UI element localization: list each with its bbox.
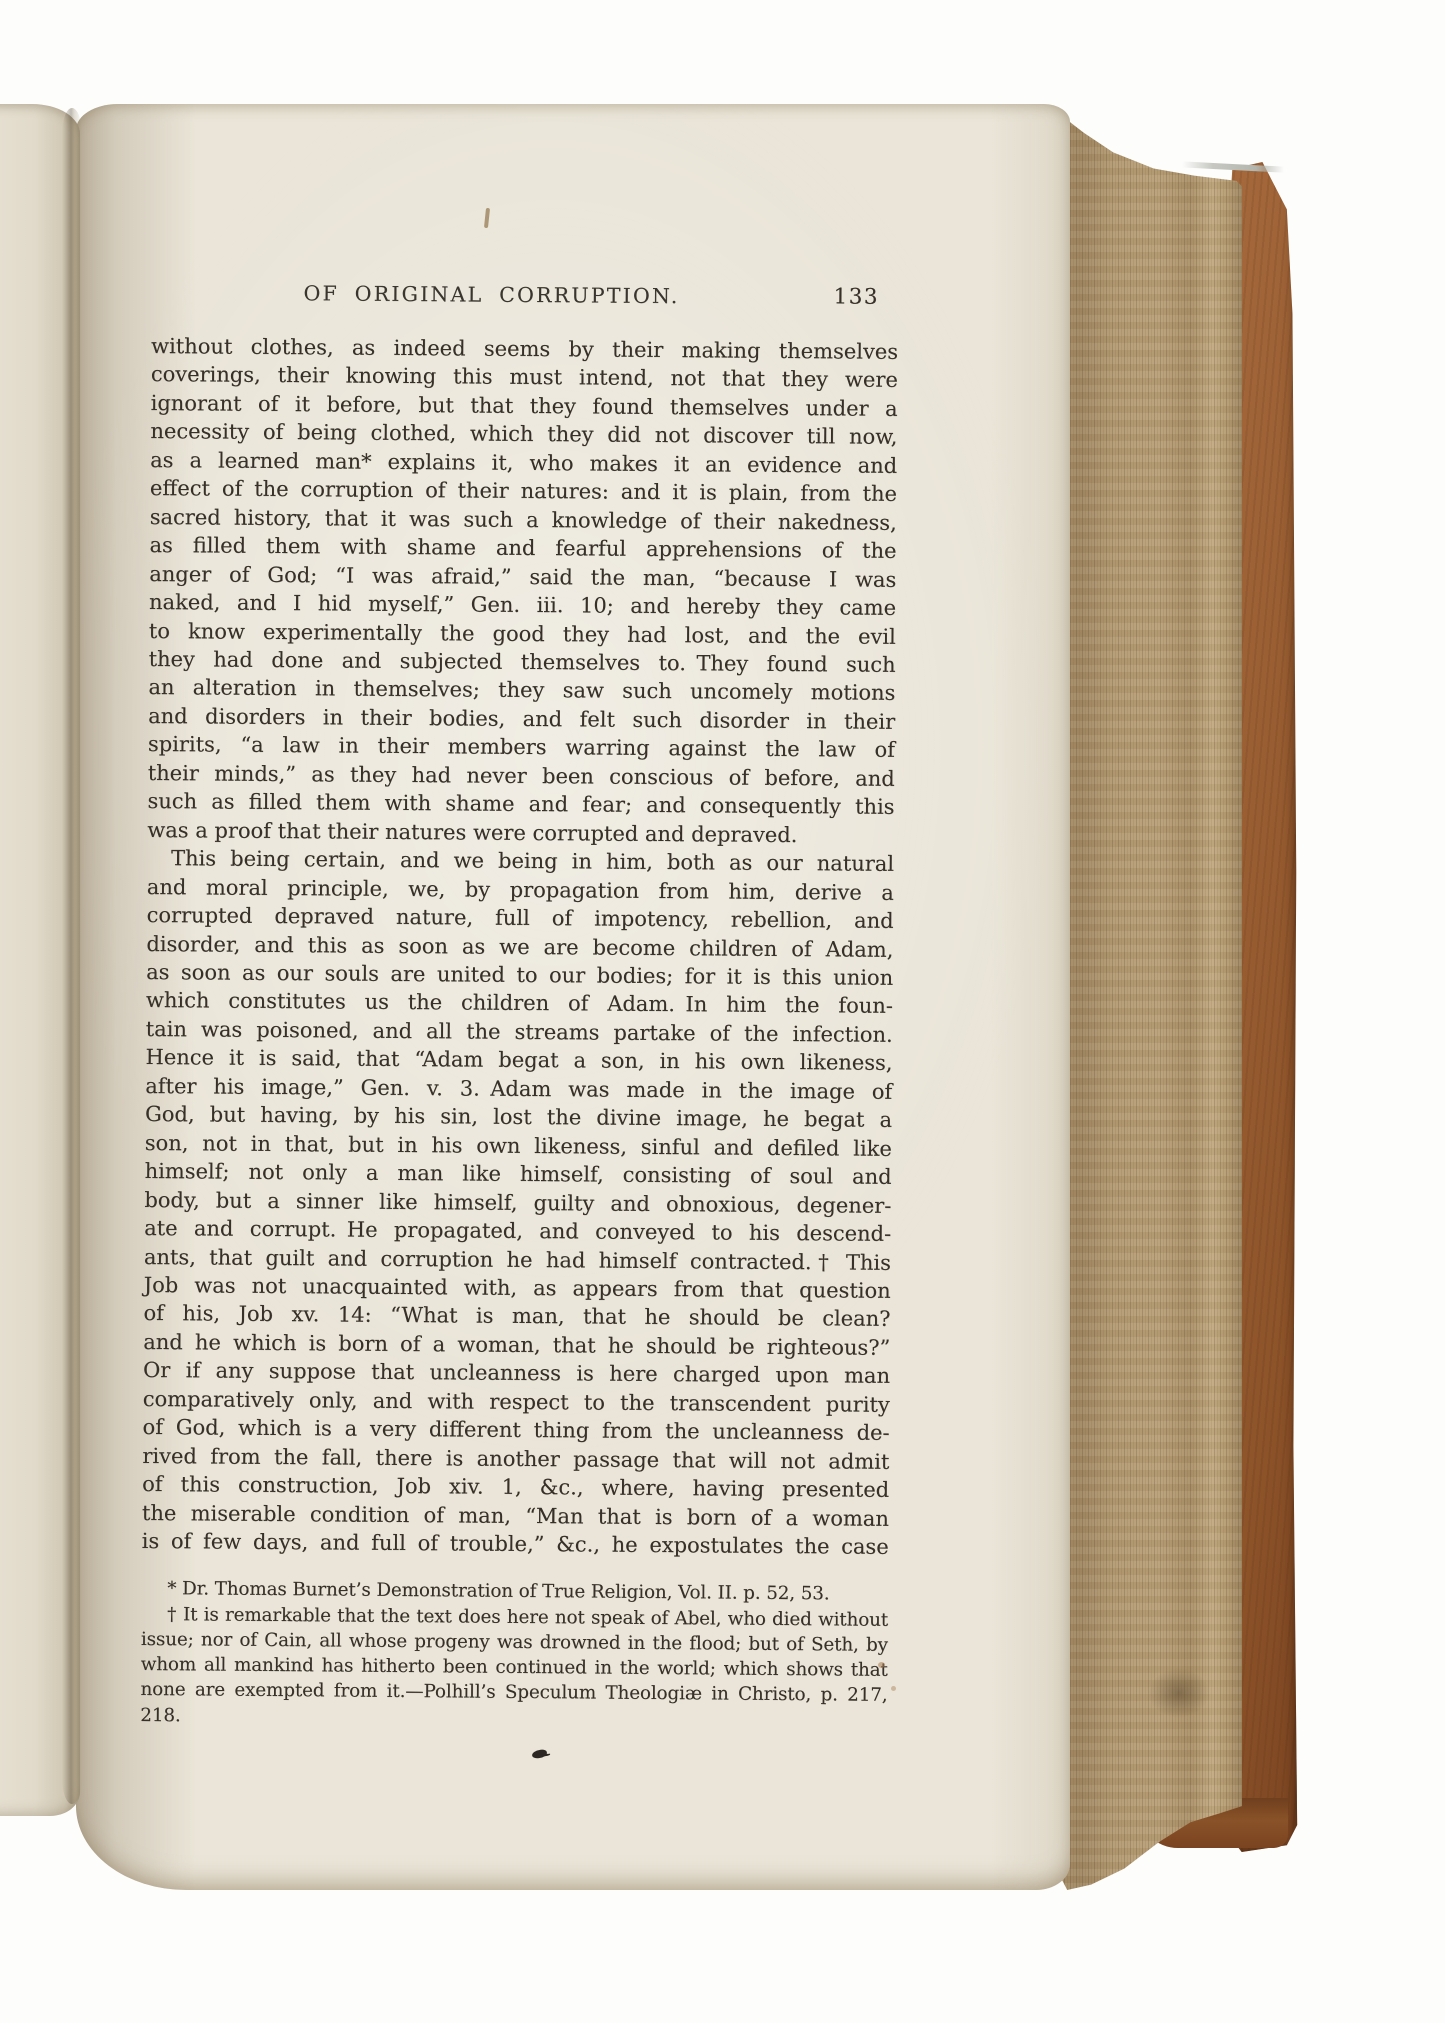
foxing-spot xyxy=(878,1662,885,1668)
page-number: 133 xyxy=(833,284,879,309)
body-text-line: is of few days, and full of trouble,” &c… xyxy=(142,1527,889,1561)
body-text: without clothes, as indeed seems by thei… xyxy=(142,332,899,1561)
fore-edge-smudge xyxy=(1148,1668,1210,1718)
foxing-spot xyxy=(891,1686,896,1691)
footnote-line: none are exempted from it.—Polhill’s Spe… xyxy=(140,1677,887,1733)
running-header-title: OF ORIGINAL CORRUPTION. xyxy=(303,281,679,308)
gutter-crease xyxy=(62,108,82,1804)
page-block-fore-edge xyxy=(1058,106,1242,1890)
footnotes: * Dr. Thomas Burnet’s Demonstration of T… xyxy=(140,1576,888,1733)
running-header: OF ORIGINAL CORRUPTION. 133 xyxy=(151,280,898,316)
book-photo: OF ORIGINAL CORRUPTION. 133 without clot… xyxy=(0,0,1445,2023)
printed-page-content: OF ORIGINAL CORRUPTION. 133 without clot… xyxy=(140,104,900,1734)
